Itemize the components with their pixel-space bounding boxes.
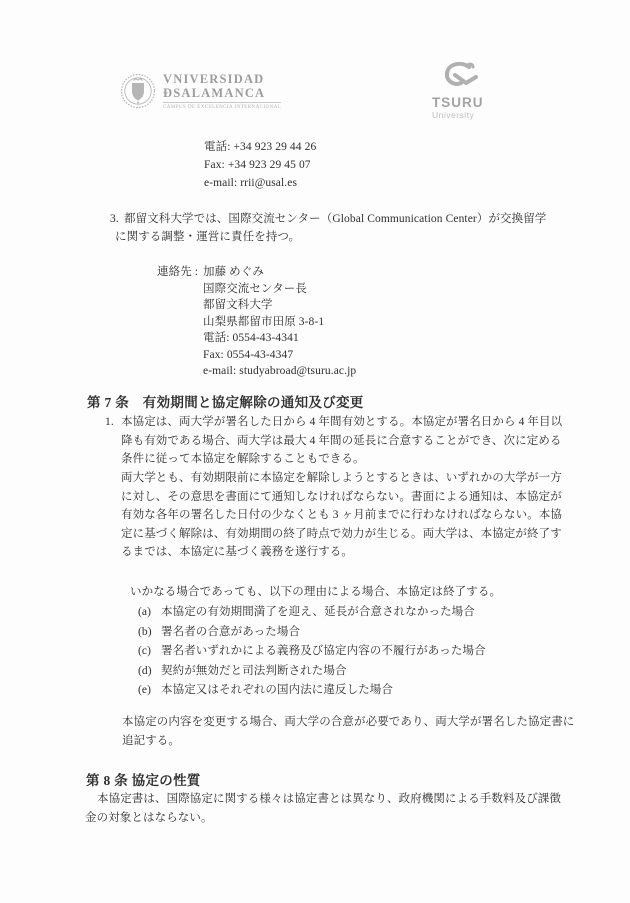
article7-para2-line: 定に基づく解除は、有効期間の終了時点で効力が生じる。両大学は、本協定が終了す <box>121 525 562 543</box>
tsuru-contact-line: Fax: 0554-43-4347 <box>203 346 293 364</box>
termination-item-label: (e) <box>138 681 151 699</box>
usal-email-line: e-mail: rrii@usal.es <box>204 174 297 192</box>
termination-item-label: (a) <box>138 603 151 621</box>
usal-phone-line: 電話: +34 923 29 44 26 <box>204 138 316 156</box>
amendment-line: 追記する。 <box>122 732 180 750</box>
article7-item-number: 1. <box>105 413 114 431</box>
tsuru-crane-icon <box>439 60 481 99</box>
clause3-line: に関する調整・運営に責任を持つ。 <box>115 228 300 246</box>
tsuru-contact-label: 連絡先 : <box>157 263 198 281</box>
termination-item-text: 契約が無効だと司法判断された場合 <box>161 662 347 680</box>
clause3-line: 都留文科大学では、国際交流センター（Global Communication C… <box>124 210 546 228</box>
article7-para1-line: 本協定は、両大学が署名した日から 4 年間有効とする。本協定が署名日から 4 年… <box>121 413 562 431</box>
article8-body-line: 金の対象とはならない。 <box>85 809 213 827</box>
article7-para1-line: 降も有効である場合、両大学は最大 4 年間の延長に合意することができ、次に定める <box>121 432 562 450</box>
tsuru-contact-line: 国際交流センター長 <box>203 280 307 298</box>
termination-item-text: 署名者の合意があった場合 <box>161 623 300 641</box>
tsuru-wordmark-sub: University <box>432 110 474 120</box>
termination-intro: いかなる場合であっても、以下の理由による場合、本協定は終了する。 <box>130 583 501 601</box>
article7-heading: 第 7 条 有効期間と協定解除の通知及び変更 <box>87 391 364 411</box>
tsuru-wordmark: TSURU <box>432 95 484 110</box>
document-page: VNIVERSIDAD ÐSALAMANCA CAMPUS DE EXCELEN… <box>0 0 630 903</box>
usal-fax-line: Fax: +34 923 29 45 07 <box>204 156 311 174</box>
termination-item-text: 署名者いずれかによる義務及び協定内容の不履行があった場合 <box>161 642 486 660</box>
article7-para2-line: に対し、その意思を書面にて通知しなければならない。書面による通知は、本協定が <box>121 488 562 506</box>
tsuru-contact-name: 加藤 めぐみ <box>203 263 264 281</box>
article7-para1-line: 条件に従って本協定を解除することもできる。 <box>121 450 365 468</box>
article7-para2-line: 両大学とも、有効期限前に本協定を解除しようとするときは、いずれかの大学が一方 <box>121 469 562 487</box>
salamanca-seal-icon <box>120 73 156 114</box>
article7-para2-line: 有効な各年の署名した日付の少なくとも 3 ヶ月前までに行わなければならない。本協 <box>121 506 562 524</box>
article8-heading: 第 8 条 協定の性質 <box>86 769 201 789</box>
termination-item-label: (b) <box>138 623 152 641</box>
clause3-number: 3. <box>110 210 119 228</box>
article8-body-line: 本協定書は、国際協定に関する様々は協定書とは異なり、政府機関による手数料及び課徴 <box>97 790 561 808</box>
salamanca-wordmark-line1: VNIVERSIDAD <box>163 72 281 86</box>
tsuru-contact-line: e-mail: studyabroad@tsuru.ac.jp <box>203 362 356 380</box>
salamanca-tagline: CAMPUS DE EXCELENCIA INTERNACIONAL <box>163 102 281 110</box>
termination-item-text: 本協定の有効期間満了を迎え、延長が合意されなかった場合 <box>161 603 475 621</box>
tsuru-contact-line: 都留文科大学 <box>203 296 273 314</box>
termination-item-label: (d) <box>138 662 152 680</box>
article7-para2-line: るまでは、本協定に基づく義務を遂行する。 <box>121 543 353 561</box>
termination-item-text: 本協定又はそれぞれの国内法に違反した場合 <box>161 681 393 699</box>
termination-item-label: (c) <box>138 642 151 660</box>
tsuru-contact-line: 山梨県都留市田原 3-8-1 <box>203 313 324 331</box>
tsuru-contact-line: 電話: 0554-43-4341 <box>203 329 299 347</box>
salamanca-wordmark-line2: ÐSALAMANCA <box>163 86 281 100</box>
amendment-line: 本協定の内容を変更する場合、両大学の合意が必要であり、両大学が署名した協定書に <box>122 713 574 731</box>
